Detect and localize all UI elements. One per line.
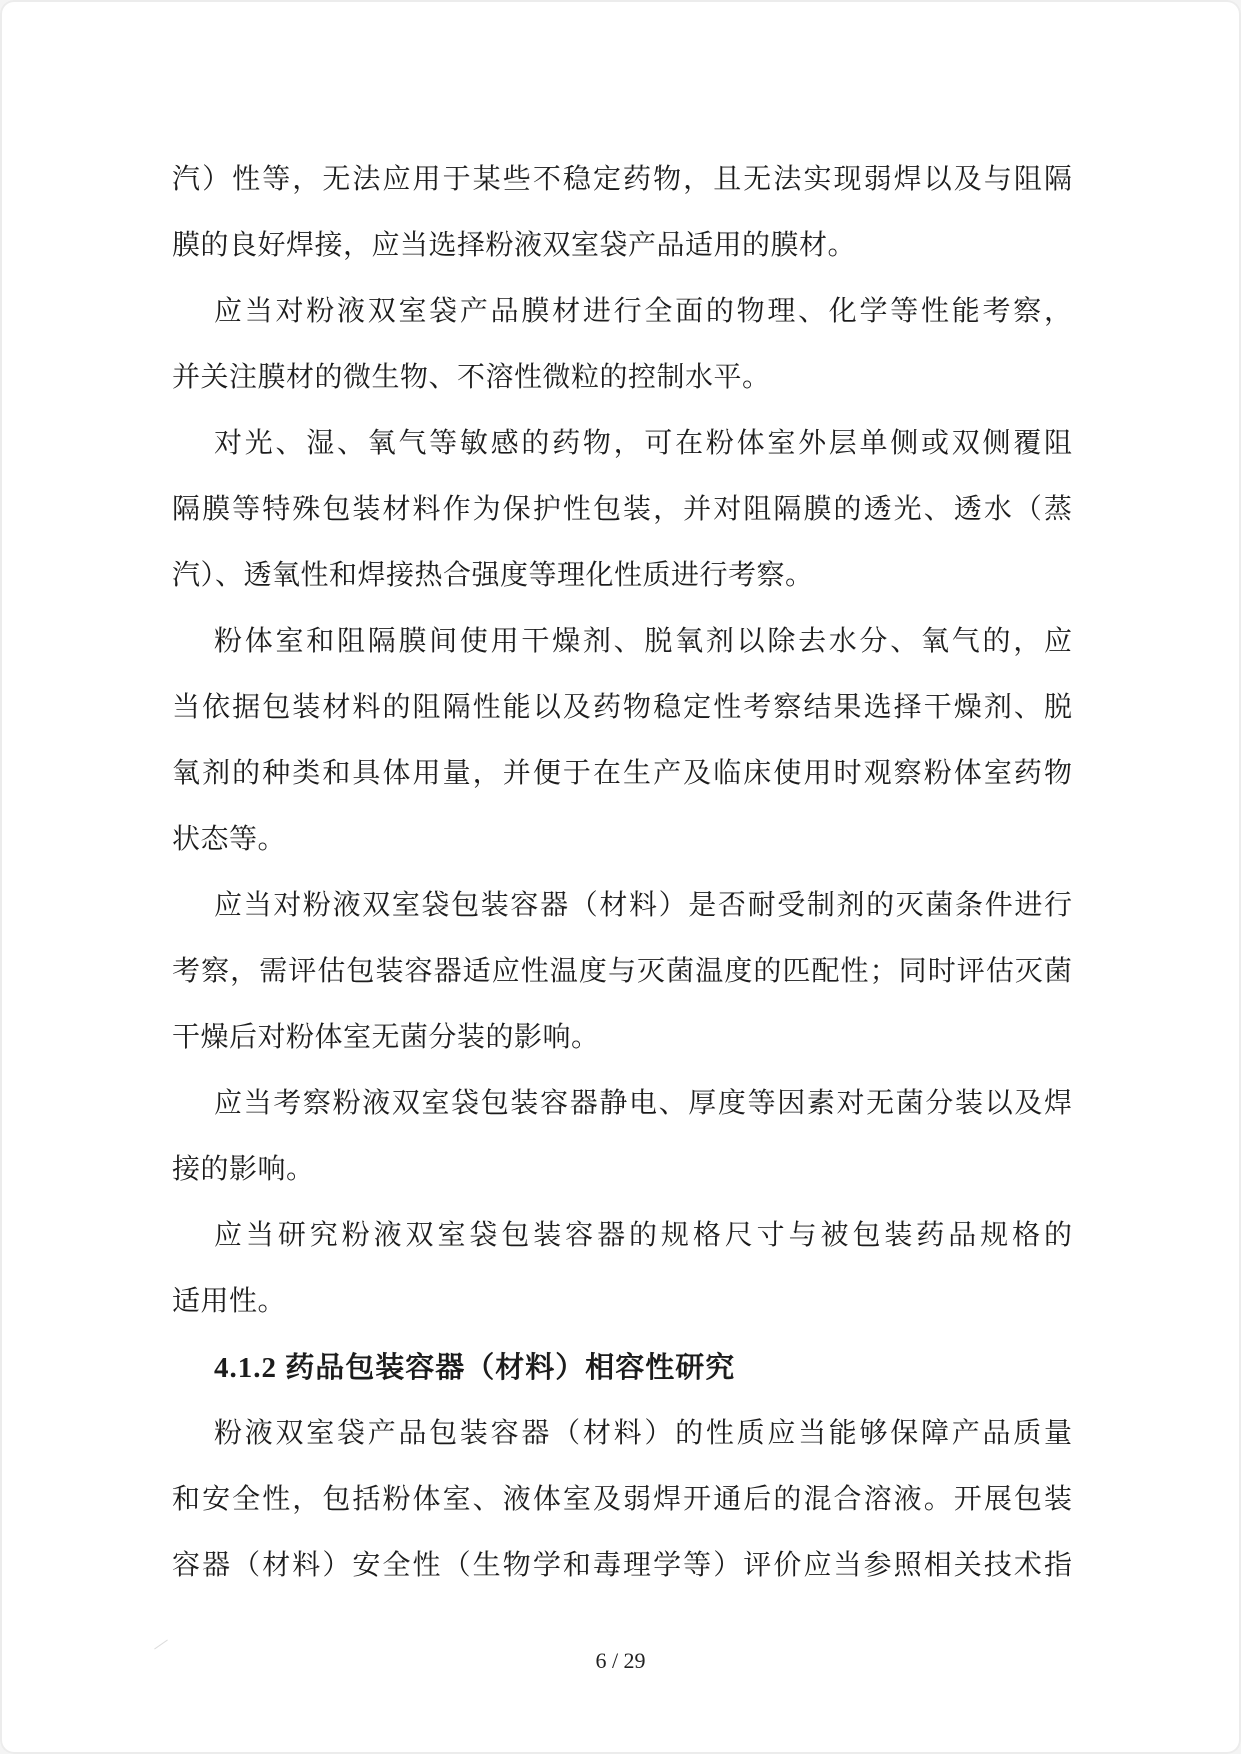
para-static-thickness: 应当考察粉液双室袋包装容器静电、厚度等因素对无菌分装以及焊接的影响。 — [172, 1071, 1072, 1203]
text-line: 干燥后对粉体室无菌分装的影响。 — [172, 1005, 1072, 1071]
para-size-applicability: 应当研究粉液双室袋包装容器的规格尺寸与被包装药品规格的适用性。 — [172, 1203, 1072, 1335]
document-page: 汽）性等，无法应用于某些不稳定药物，且无法实现弱焊以及与阻隔膜的良好焊接，应当选… — [0, 0, 1241, 1754]
text-line: 当依据包装材料的阻隔性能以及药物稳定性考察结果选择干燥剂、脱 — [172, 675, 1072, 741]
text-line: 汽）、透氧性和焊接热合强度等理化性质进行考察。 — [172, 543, 1072, 609]
page-number: 6 / 29 — [0, 1648, 1241, 1674]
text-line: 膜的良好焊接，应当选择粉液双室袋产品适用的膜材。 — [172, 213, 1072, 279]
text-line: 对光、湿、氧气等敏感的药物，可在粉体室外层单侧或双侧覆阻 — [172, 411, 1072, 477]
text-line: 并关注膜材的微生物、不溶性微粒的控制水平。 — [172, 345, 1072, 411]
para-compatibility-intro: 粉液双室袋产品包装容器（材料）的性质应当能够保障产品质量和安全性，包括粉体室、液… — [172, 1401, 1072, 1599]
text-line: 应当考察粉液双室袋包装容器静电、厚度等因素对无菌分装以及焊 — [172, 1071, 1072, 1137]
para-desiccant-deoxidizer: 粉体室和阻隔膜间使用干燥剂、脱氧剂以除去水分、氧气的，应当依据包装材料的阻隔性能… — [172, 609, 1072, 873]
text-line: 和安全性，包括粉体室、液体室及弱焊开通后的混合溶液。开展包装 — [172, 1467, 1072, 1533]
para-membrane-properties: 应当对粉液双室袋产品膜材进行全面的物理、化学等性能考察，并关注膜材的微生物、不溶… — [172, 279, 1072, 411]
text-line: 氧剂的种类和具体用量，并便于在生产及临床使用时观察粉体室药物 — [172, 741, 1072, 807]
text-line: 粉液双室袋产品包装容器（材料）的性质应当能够保障产品质量 — [172, 1401, 1072, 1467]
text-line: 接的影响。 — [172, 1137, 1072, 1203]
text-line: 粉体室和阻隔膜间使用干燥剂、脱氧剂以除去水分、氧气的，应 — [172, 609, 1072, 675]
text-line: 应当对粉液双室袋包装容器（材料）是否耐受制剂的灭菌条件进行 — [172, 873, 1072, 939]
heading-4-1-2-compatibility-study: 4.1.2 药品包装容器（材料）相容性研究 — [172, 1335, 1072, 1401]
text-line: 考察，需评估包装容器适应性温度与灭菌温度的匹配性；同时评估灭菌 — [172, 939, 1072, 1005]
text-line: 应当对粉液双室袋产品膜材进行全面的物理、化学等性能考察， — [172, 279, 1072, 345]
text-line: 状态等。 — [172, 807, 1072, 873]
page-body-text: 汽）性等，无法应用于某些不稳定药物，且无法实现弱焊以及与阻隔膜的良好焊接，应当选… — [172, 147, 1072, 1599]
text-line: 容器（材料）安全性（生物学和毒理学等）评价应当参照相关技术指 — [172, 1533, 1072, 1599]
text-line: 适用性。 — [172, 1269, 1072, 1335]
text-line: 应当研究粉液双室袋包装容器的规格尺寸与被包装药品规格的 — [172, 1203, 1072, 1269]
text-line: 隔膜等特殊包装材料作为保护性包装，并对阻隔膜的透光、透水（蒸 — [172, 477, 1072, 543]
text-line: 4.1.2 药品包装容器（材料）相容性研究 — [172, 1335, 1072, 1401]
para-sterilization-tolerance: 应当对粉液双室袋包装容器（材料）是否耐受制剂的灭菌条件进行考察，需评估包装容器适… — [172, 873, 1072, 1071]
text-line: 汽）性等，无法应用于某些不稳定药物，且无法实现弱焊以及与阻隔 — [172, 147, 1072, 213]
para-sensitive-drugs: 对光、湿、氧气等敏感的药物，可在粉体室外层单侧或双侧覆阻隔膜等特殊包装材料作为保… — [172, 411, 1072, 609]
para-membrane-continued: 汽）性等，无法应用于某些不稳定药物，且无法实现弱焊以及与阻隔膜的良好焊接，应当选… — [172, 147, 1072, 279]
